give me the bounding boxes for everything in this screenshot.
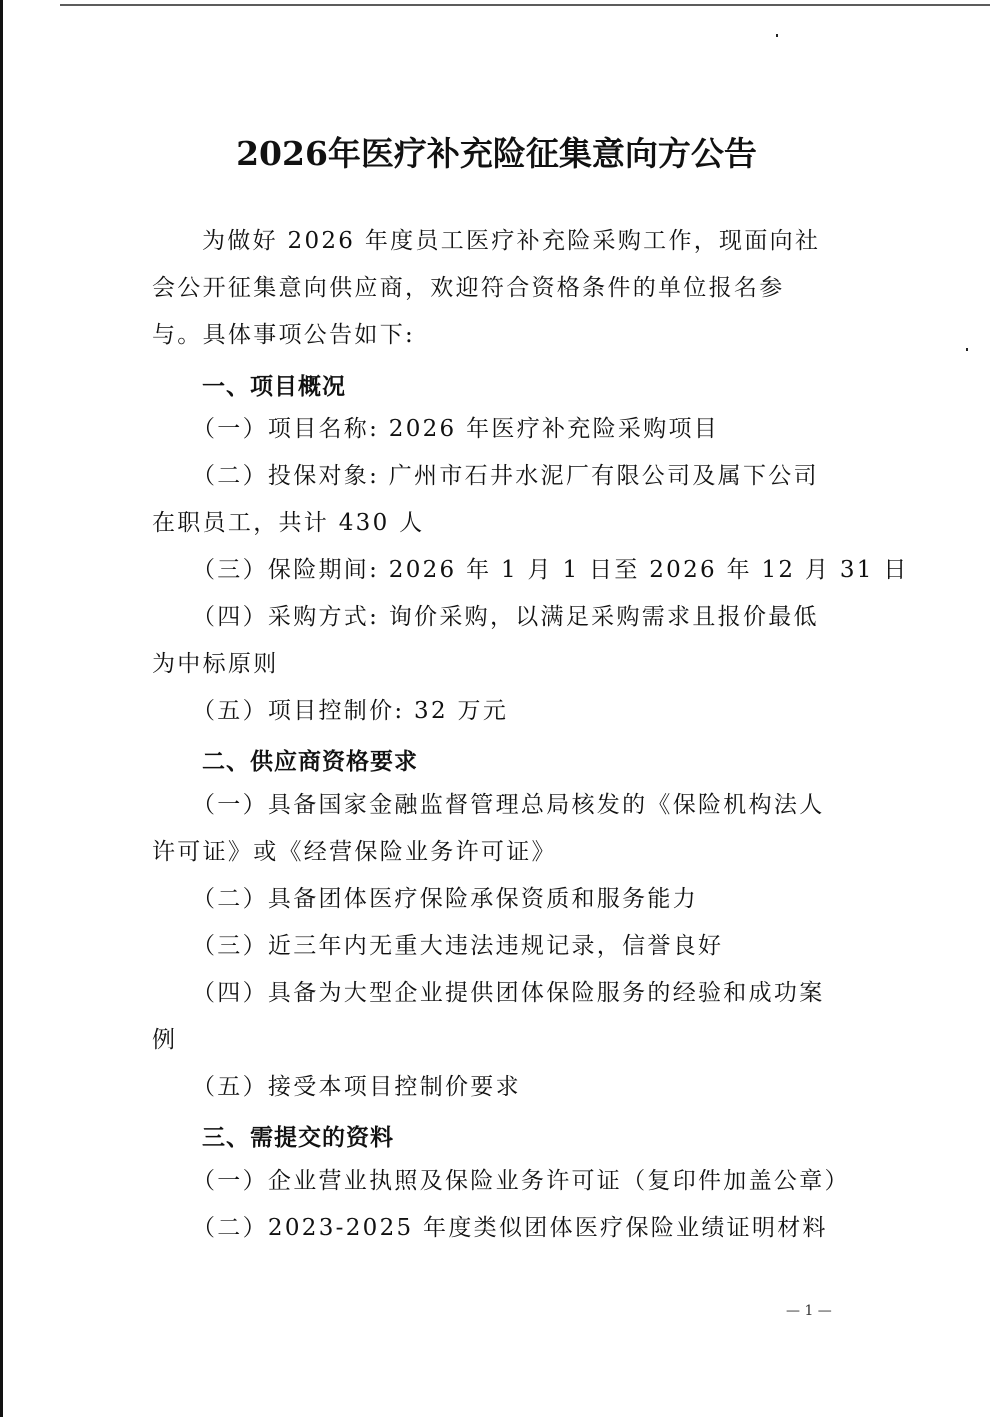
scan-speck (776, 34, 778, 37)
item-line: 为中标原则 (152, 649, 279, 679)
intro-line: 与。具体事项公告如下: (152, 320, 415, 350)
item-line: 许可证》或《经营保险业务许可证》 (152, 837, 557, 867)
intro-line: 为做好 2026 年度员工医疗补充险采购工作，现面向社 (202, 226, 820, 256)
scan-edge-left (0, 0, 3, 1417)
item-line: （四）采购方式: 询价采购，以满足采购需求且报价最低 (192, 602, 819, 632)
item-line: （五）接受本项目控制价要求 (192, 1072, 521, 1102)
item-line: 在职员工，共计 430 人 (152, 508, 424, 538)
item-line: （三）近三年内无重大违法违规记录，信誉良好 (192, 931, 723, 961)
item-line: （二）投保对象: 广州市石井水泥厂有限公司及属下公司 (192, 461, 819, 491)
item-line: （三）保险期间: 2026 年 1 月 1 日至 2026 年 12 月 31 … (192, 555, 909, 585)
item-line: （五）项目控制价: 32 万元 (192, 696, 508, 726)
intro-line: 会公开征集意向供应商，欢迎符合资格条件的单位报名参 (152, 273, 785, 303)
item-line: （一）企业营业执照及保险业务许可证（复印件加盖公章） (192, 1166, 850, 1196)
section-heading: 二、供应商资格要求 (202, 743, 418, 776)
item-line: （四）具备为大型企业提供团体保险服务的经验和成功案 (192, 978, 825, 1008)
item-line: （二）具备团体医疗保险承保资质和服务能力 (192, 884, 698, 914)
scan-speck (966, 348, 968, 351)
section-heading: 一、项目概况 (202, 368, 346, 401)
item-line: （一）具备国家金融监督管理总局核发的《保险机构法人 (192, 790, 825, 820)
document-title: 2026年医疗补充险征集意向方公告 (0, 128, 993, 175)
scan-edge-top (60, 4, 990, 6)
item-line: （一）项目名称: 2026 年医疗补充险采购项目 (192, 414, 719, 444)
page-number: — 1 — (786, 1303, 832, 1319)
item-line: 例 (152, 1025, 177, 1055)
item-line: （二）2023-2025 年度类似团体医疗保险业绩证明材料 (192, 1213, 828, 1243)
section-heading: 三、需提交的资料 (202, 1119, 394, 1152)
